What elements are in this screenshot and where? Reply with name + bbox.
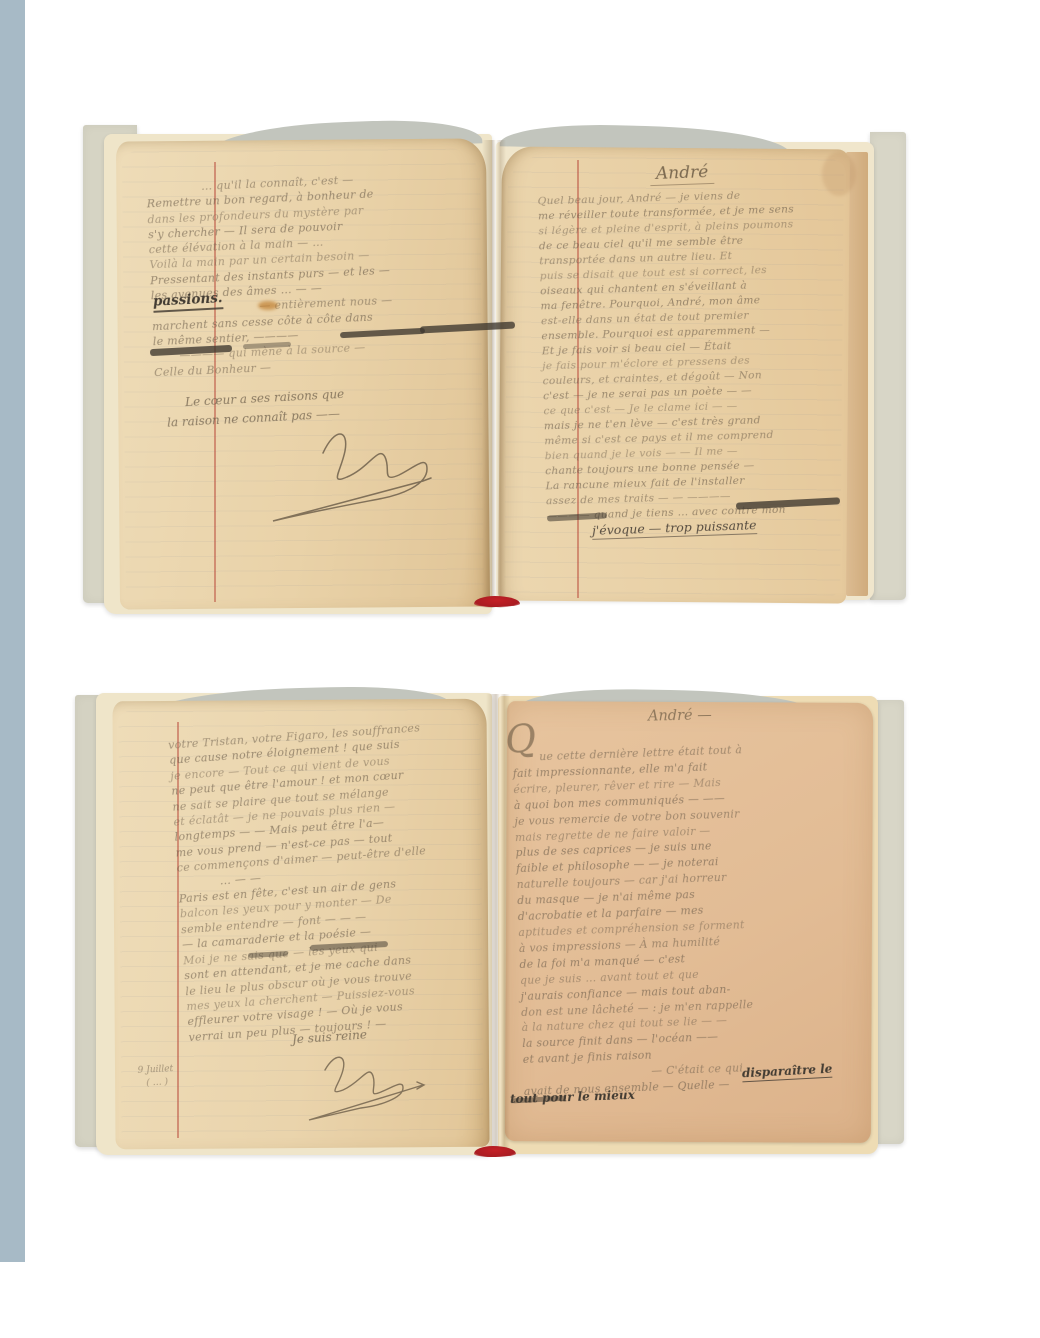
annotation-line: 9 Juillet [137,1063,173,1078]
page-edge-blue-stripe [0,0,25,1262]
bottom-notebook-right-cover [876,700,904,1144]
top-notebook-right-cover [870,132,906,600]
ink-stain-mark [258,301,278,310]
top-notebook-red-binding [474,596,520,607]
signature-scrawl [255,425,445,530]
top-right-page-text: Quel beau jour, André — je viens deme ré… [537,186,858,525]
catalog-photo-page: … qu'il la connaît, c'est —Remettre un b… [0,0,1040,1338]
top-left-page-quote: Le cœur a ses raisons que la raison ne c… [185,388,344,428]
foxing-spot [822,152,856,196]
annotation-line: ( … ) [146,1076,174,1090]
top-notebook-spine-gutter [482,140,506,608]
signature-scrawl [285,1048,435,1128]
bottom-left-page-annotation: 9 Juillet ( … ) [137,1063,174,1091]
bottom-right-page-text: ue cette dernière lettre était tout àfai… [512,738,874,1100]
bottom-right-page-heading: André — [648,707,712,724]
bottom-left-page-text: votre Tristan, votre Figaro, les souffra… [168,715,519,1045]
top-right-page-heading: André [650,162,715,186]
bottom-notebook-red-binding [474,1146,516,1157]
top-left-page-word-passions: passions. [153,290,224,313]
